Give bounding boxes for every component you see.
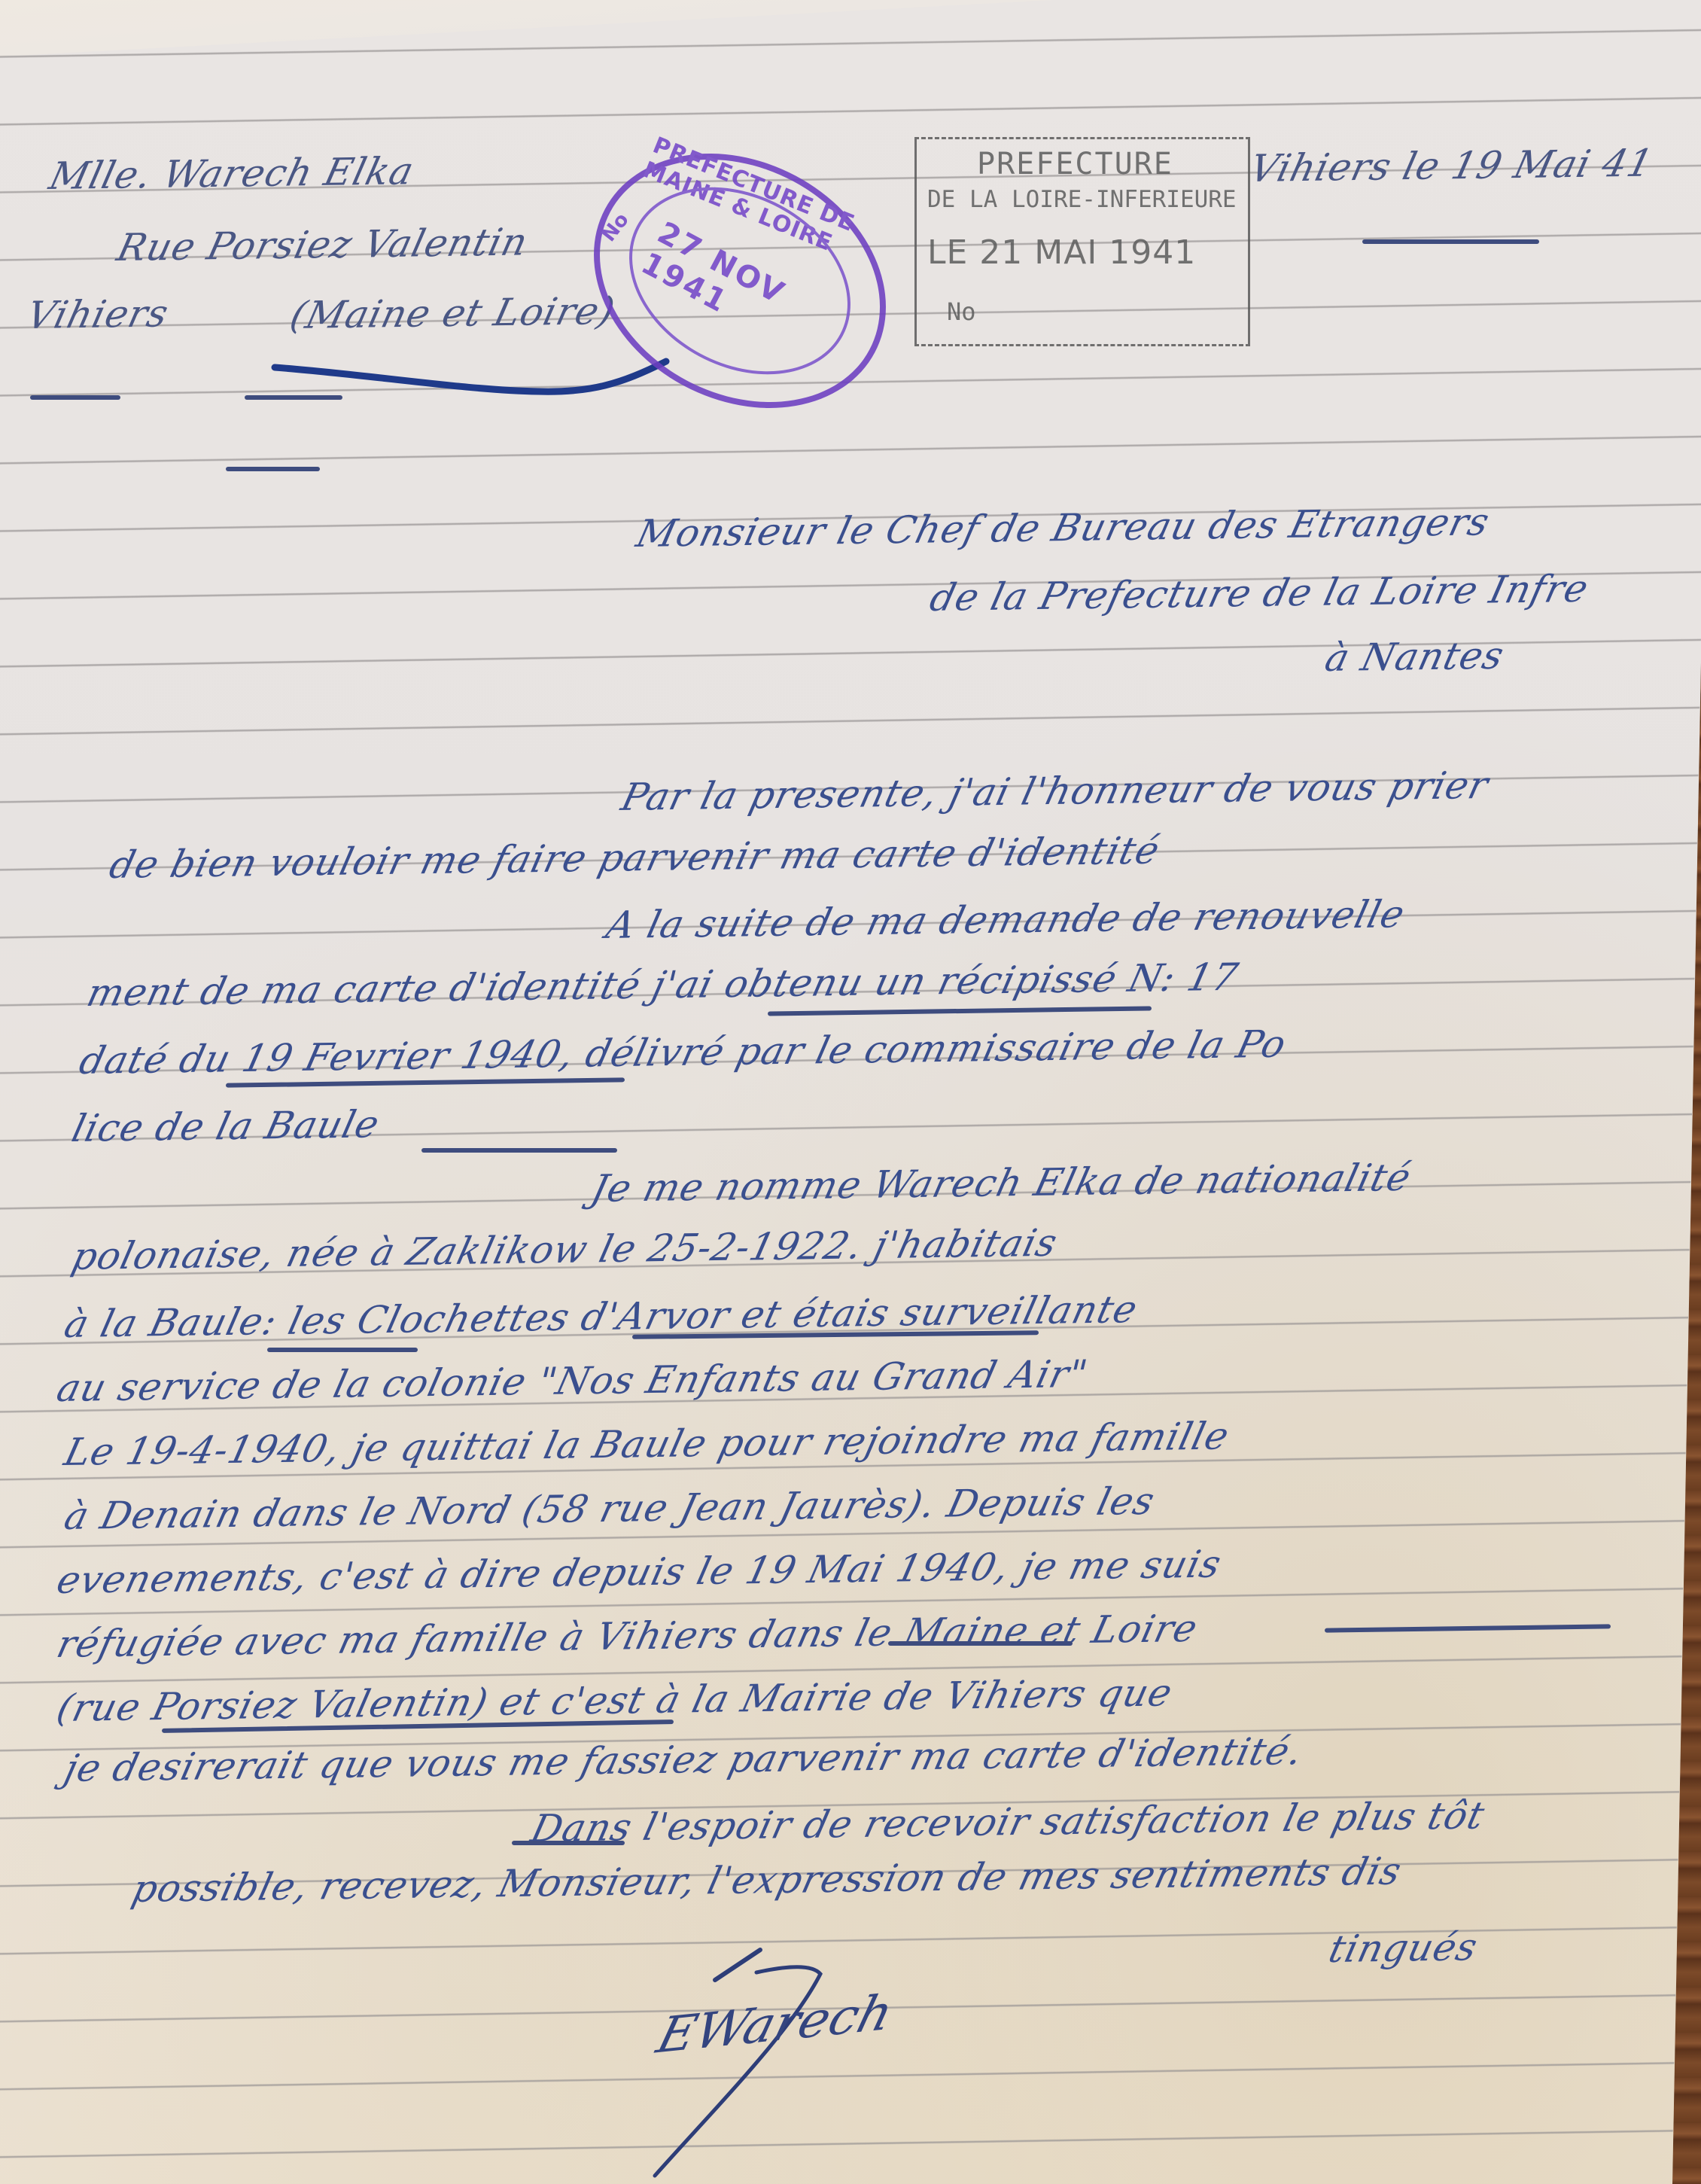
rect-stamp-line2: DE LA LOIRE-INFERIEURE (927, 186, 1237, 213)
sender-name: Mlle. Warech Elka (45, 149, 418, 198)
decorative-dash (1362, 239, 1539, 244)
ink-underline-swoosh (267, 346, 674, 399)
place-date: Vihiers le 19 Mai 41 (1246, 142, 1657, 190)
underline-stroke (267, 1348, 418, 1352)
underline-stroke (512, 1841, 625, 1845)
oval-stamp-number-label: No (598, 209, 634, 246)
sender-town: Vihiers (23, 291, 173, 337)
sender-street: Rue Porsiez Valentin (113, 220, 532, 270)
rect-stamp-line1: PREFECTURE (977, 147, 1173, 181)
recipient-line3: à Nantes (1321, 634, 1508, 680)
rect-stamp-date: LE 21 MAI 1941 (927, 233, 1196, 272)
rect-stamp-number: No (947, 297, 976, 326)
sender-region: (Maine et Loire) (286, 289, 619, 337)
body-line: tingués (1325, 1925, 1482, 1971)
body-line: lice de la Baule (68, 1102, 384, 1150)
recipient-line2: de la Prefecture de la Loire Infre (926, 567, 1593, 620)
decorative-dash (30, 395, 120, 400)
decorative-dash (245, 395, 342, 400)
underline-stroke (421, 1148, 617, 1153)
rectangular-prefecture-stamp: PREFECTURE DE LA LOIRE-INFERIEURE LE 21 … (914, 137, 1250, 346)
signature-flourish (564, 1927, 956, 2183)
decorative-dash (226, 467, 320, 471)
underline-stroke (888, 1641, 1073, 1646)
